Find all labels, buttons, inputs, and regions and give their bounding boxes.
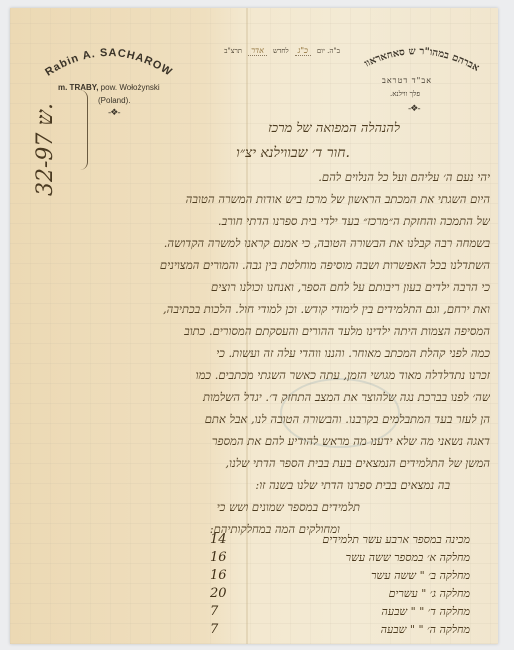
row-count: 16: [210, 550, 240, 565]
date-prefix: ב"ה. יום: [317, 47, 340, 55]
body-line: זכרנו נתדלדלה מאוד מגושי הזמן, עתה כאשר …: [30, 364, 490, 386]
body-line: כי הרבה ילדים בעון ריבותם על לחם הספר, ו…: [30, 276, 490, 298]
date-month-label: לחדש: [273, 47, 289, 55]
row-count: 20: [210, 586, 240, 601]
letterhead-region: פלך ווילנא.: [390, 90, 420, 98]
letterhead-title: אב"ד דטראב: [382, 76, 432, 85]
body-line: תלמידים במספר שמונים ושש כי: [30, 496, 490, 518]
row-label: מחלקה ב׳ " ששה עשר: [371, 569, 470, 582]
table-row: מחלקה ד׳ " " שבעה7: [210, 602, 470, 620]
letterhead-hebrew: אברהם במהו"ר ש סאחאראוו אב"ד דטראב פלך ו…: [340, 28, 500, 128]
body-line: בה נמצאים בבית ספרנו הדתי שלנו בשנה זו:: [30, 474, 490, 496]
table-row: מחלקה ב׳ " ששה עשר16: [210, 566, 470, 584]
svg-text:אברהם במהו"ר ש סאחאראוו: אברהם במהו"ר ש סאחאראוו: [363, 46, 482, 74]
svg-text:Rabin A. SACHAROW: Rabin A. SACHAROW: [43, 47, 174, 79]
body-line: המשן של התלמידים הנמצאים בעת בבית הספר ה…: [30, 452, 490, 474]
row-label: מחלקה א׳ במספר ששה עשר: [346, 551, 470, 564]
body-line: בשמחה רבה קבלנו את הבשורה הטובה, כי אמנם…: [30, 232, 490, 254]
salutation: .חור ד׳ שבווילנא יצ״ו: [30, 140, 490, 166]
table-row: מחלקה ג׳ " עשרים20: [210, 584, 470, 602]
body-line: של התמכה והחזקת ה״מרכז״ בעד ילדי בית ספר…: [30, 210, 490, 232]
row-label: מחלקה ה׳ " " שבעה: [381, 623, 470, 636]
address-line: להנהלה המפואה של מרכז: [30, 118, 490, 140]
date-year: תרצ"ב: [224, 47, 242, 55]
letterhead-country: (Poland).: [98, 96, 130, 105]
table-row: מחלקה ה׳ " " שבעה7: [210, 620, 470, 638]
letterhead-town: m. TRABY, pow. Wołożynski: [58, 83, 160, 92]
letter-body: להנהלה המפואה של מרכז .חור ד׳ שבווילנא י…: [30, 118, 490, 540]
class-enrollment-table: מכינה במספר ארבע עשר תלמידים14 מחלקה א׳ …: [210, 530, 470, 638]
letterhead-latin-arc: Rabin A. SACHAROW: [28, 38, 188, 88]
dateline: ב"ה. יום כ"ג לחדש אדר תרצ"ב: [200, 46, 340, 56]
date-month: אדר: [248, 46, 267, 56]
row-count: 14: [210, 532, 240, 547]
body-line: השתדלנו בכל האפשרות ושבה מוסיפה מוחלטת ב…: [30, 254, 490, 276]
letterhead-hebrew-arc: אברהם במהו"ר ש סאחאראוו: [340, 28, 500, 83]
row-count: 7: [210, 604, 240, 619]
row-label: מחלקה ג׳ " עשרים: [389, 587, 470, 600]
body-line: המסיפה הצמות היתה ילדינו מלעד ההורים והע…: [30, 320, 490, 342]
table-row: מחלקה א׳ במספר ששה עשר16: [210, 548, 470, 566]
ornament-icon: -❖-: [108, 108, 120, 118]
body-line: ואת ירחם, וגם התלמידים בין לימודי קודש. …: [30, 298, 490, 320]
body-line: היום השגתי את המכתב הראשון של מרכז ביש א…: [30, 188, 490, 210]
body-line: כמה לפני קהלת המכתב מאוחר. והננו ווהדי ע…: [30, 342, 490, 364]
date-day: כ"ג: [295, 46, 311, 56]
body-line: הן לעזר בעד המתבלמים בקרבנו. והבשורה הטו…: [30, 408, 490, 430]
body-line: שה׳ לפנו בברכת נגה שלהוצר את המצב התחזק …: [30, 386, 490, 408]
body-line: יהי נעם ה׳ עליהם ועל כל הנלוים להם.: [30, 166, 490, 188]
row-label: מחלקה ד׳ " " שבעה: [381, 605, 470, 618]
ornament-icon: -❖-: [408, 104, 420, 114]
row-label: מכינה במספר ארבע עשר תלמידים: [322, 533, 470, 546]
body-line: דאגה נשאני מה שלא ידענו מה מראש להודיע ל…: [30, 430, 490, 452]
row-count: 7: [210, 622, 240, 637]
row-count: 16: [210, 568, 240, 583]
letter-page: Rabin A. SACHAROW m. TRABY, pow. Wołożyn…: [10, 8, 498, 644]
table-row: מכינה במספר ארבע עשר תלמידים14: [210, 530, 470, 548]
